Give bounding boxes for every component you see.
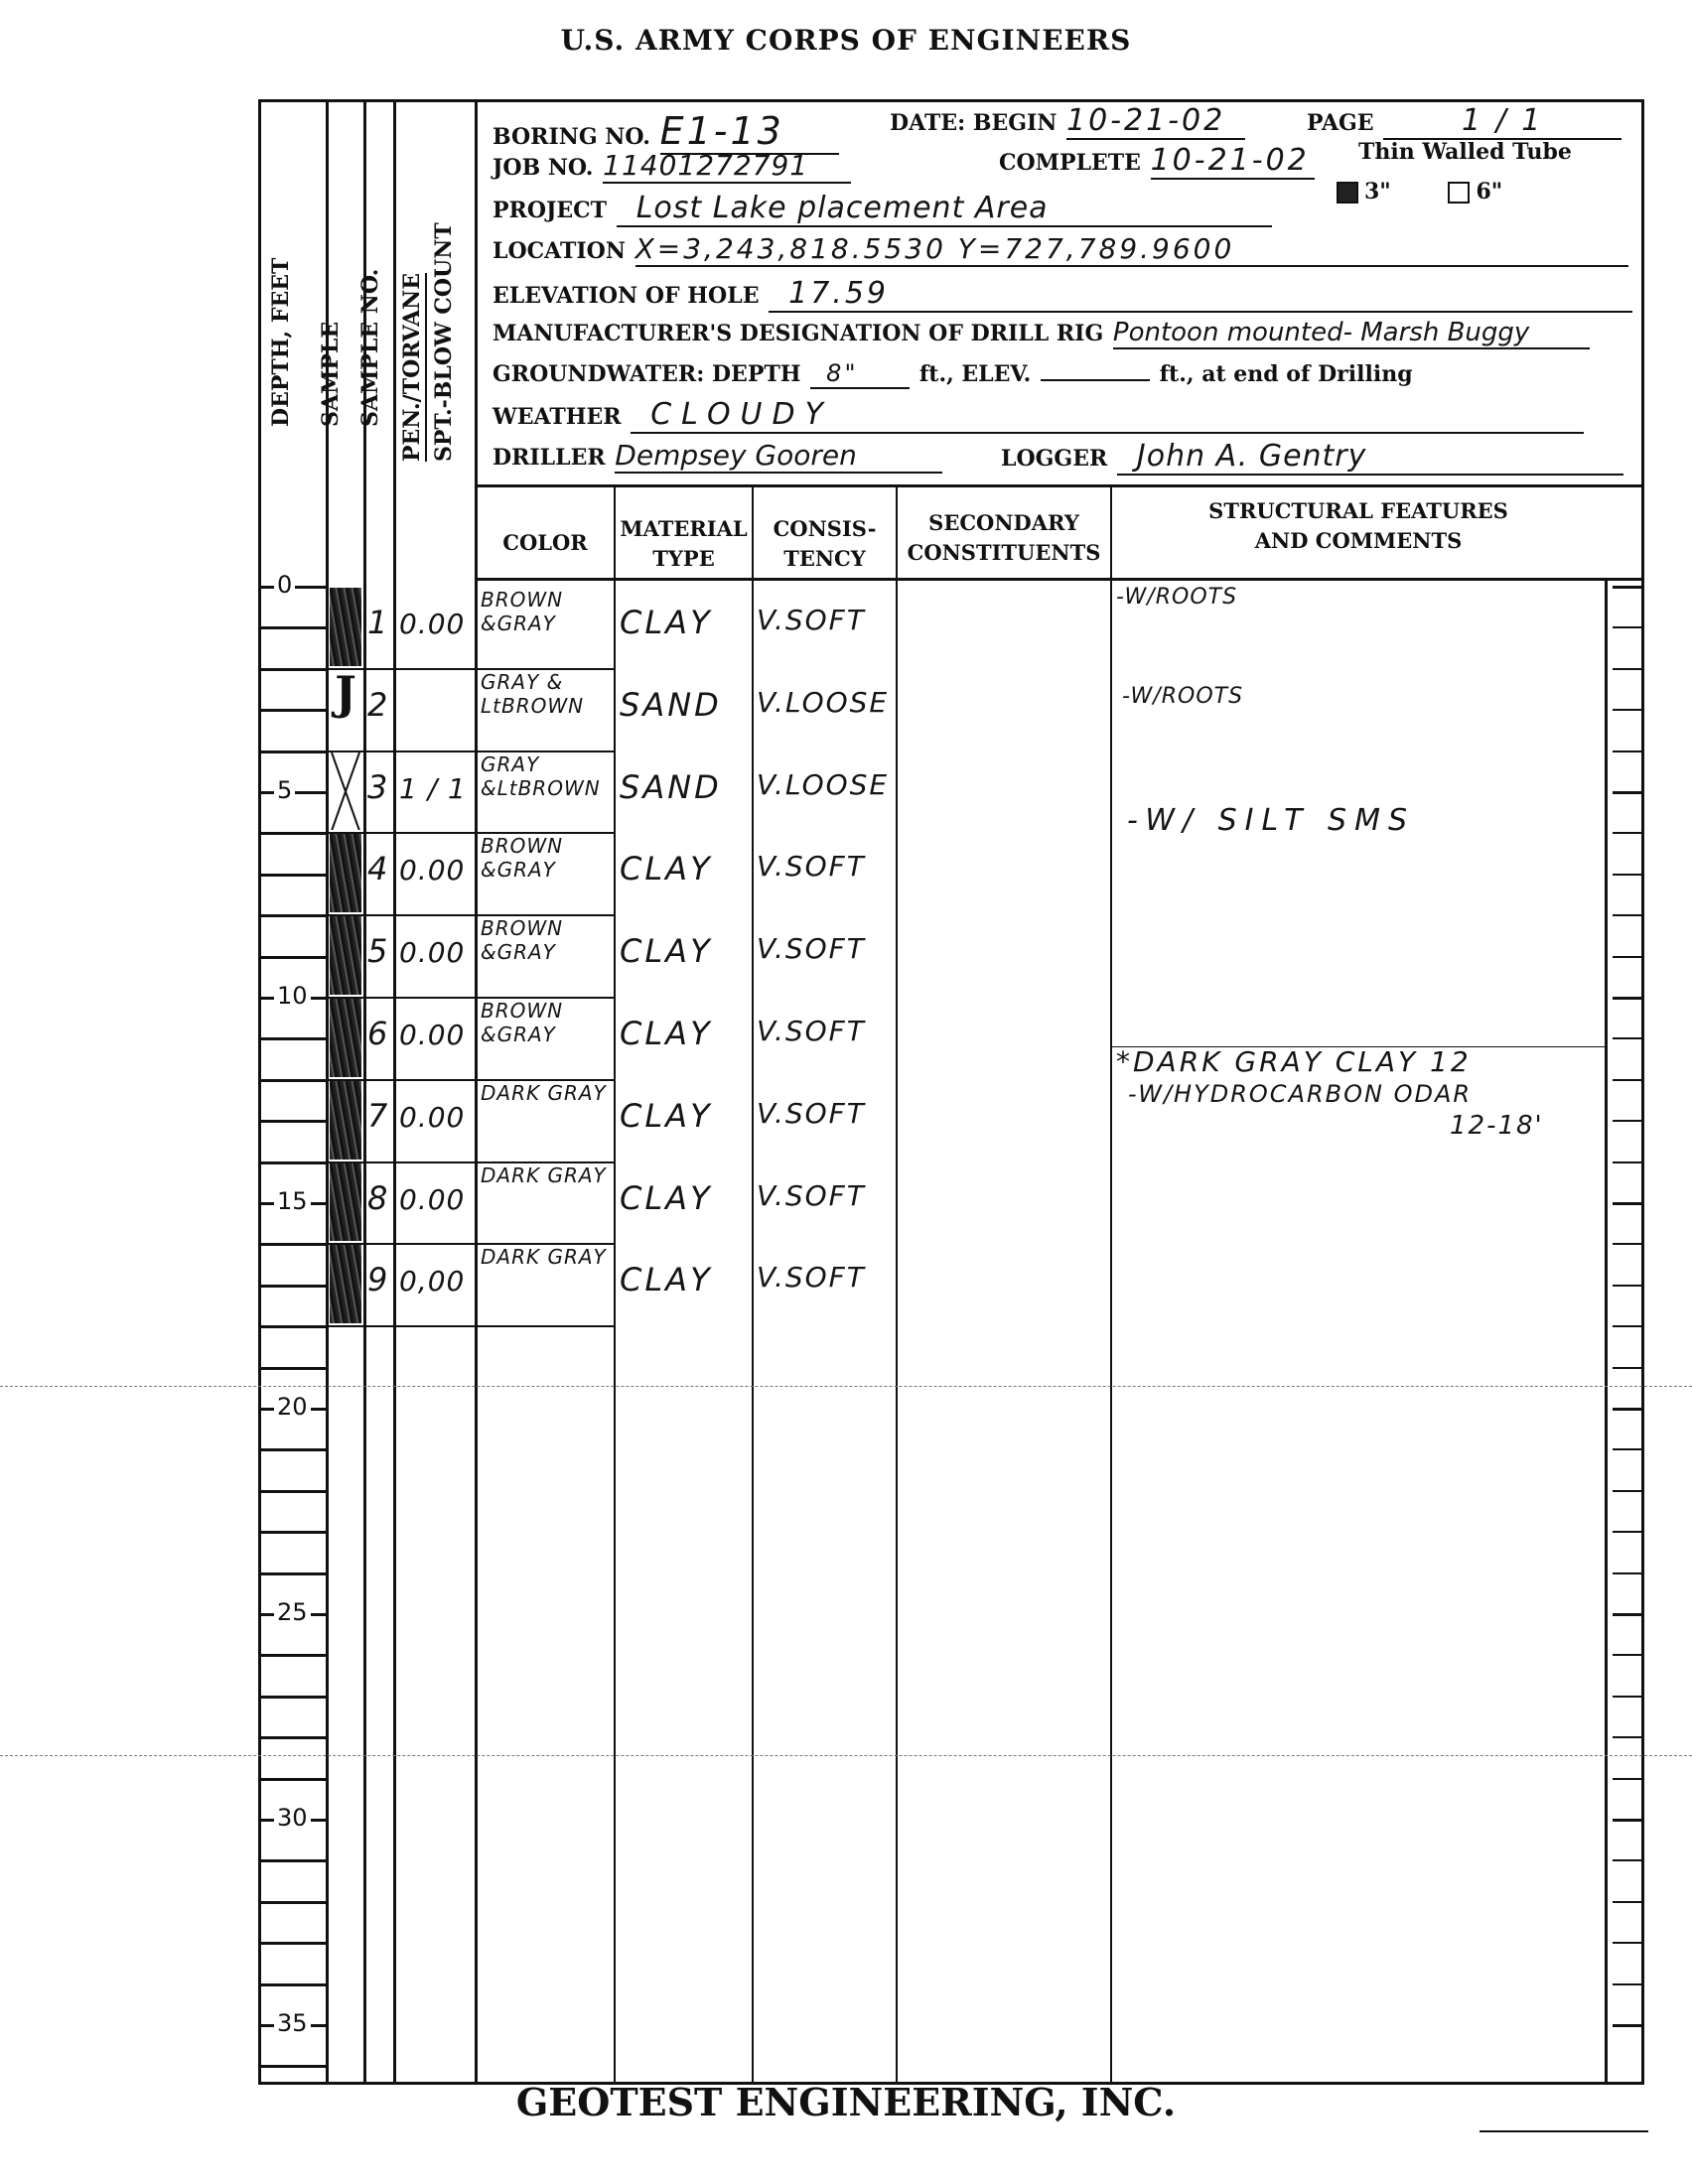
column-header-spt-blow-count: SPT.-BLOW COUNT — [431, 222, 457, 462]
page-label: PAGE — [1307, 110, 1374, 136]
depth-tick — [1613, 1325, 1644, 1327]
drill-rig-value[interactable]: Pontoon mounted- Marsh Buggy — [1113, 318, 1590, 349]
depth-label: 0 — [274, 571, 295, 599]
tube-sample-icon — [330, 1081, 361, 1160]
split-spoon-sample-icon — [330, 752, 361, 831]
sample-number: 4 — [367, 850, 387, 887]
color-value: BROWN &GRAY — [481, 834, 610, 882]
table-row: 90,00DARK GRAYCLAYV.SOFT — [326, 1243, 1110, 1325]
page-title: U.S. ARMY CORPS OF ENGINEERS — [0, 24, 1692, 57]
depth-label: 25 — [274, 1598, 311, 1626]
header-form: BORING NO. E1-13 DATE: BEGIN 10-21-02 PA… — [493, 103, 1644, 480]
depth-tick — [1613, 1942, 1644, 1944]
depth-tick — [1613, 1285, 1644, 1287]
date-complete-label: COMPLETE — [999, 150, 1141, 176]
depth-tick — [1613, 1408, 1644, 1411]
depth-tick — [1613, 626, 1644, 628]
table-row: 70.00DARK GRAYCLAYV.SOFT — [326, 1079, 1110, 1161]
depth-tick — [260, 832, 326, 835]
table-row: 60.00BROWN &GRAYCLAYV.SOFT — [326, 997, 1110, 1079]
depth-tick — [1613, 914, 1644, 916]
elevation-value[interactable]: 17.59 — [769, 276, 1632, 313]
depth-tick — [1613, 2024, 1644, 2027]
divider — [475, 484, 1644, 487]
location-value[interactable]: X=3,243,818.5530 Y=727,789.9600 — [635, 232, 1628, 267]
depth-tick — [1613, 832, 1644, 834]
depth-tick — [1613, 668, 1644, 670]
depth-tick — [1613, 1448, 1644, 1450]
checkbox-empty-icon[interactable] — [1448, 182, 1470, 204]
company-footer: GEOTEST ENGINEERING, INC. — [0, 2080, 1692, 2124]
consistency-value: V.SOFT — [757, 1097, 866, 1130]
material-type-value: CLAY — [620, 1097, 713, 1135]
divider — [1605, 578, 1608, 2085]
depth-tick — [1613, 874, 1644, 876]
driller-value[interactable]: Dempsey Gooren — [615, 439, 942, 474]
sample-number: 3 — [367, 768, 387, 806]
consistency-value: V.SOFT — [757, 1179, 866, 1212]
table-row: 40.00BROWN &GRAYCLAYV.SOFT — [326, 832, 1110, 914]
table-row: 80.00DARK GRAYCLAYV.SOFT — [326, 1161, 1110, 1244]
tube-sample-icon — [330, 916, 361, 995]
color-value: BROWN &GRAY — [481, 588, 610, 635]
depth-tick — [1613, 1490, 1644, 1492]
color-value: BROWN &GRAY — [481, 916, 610, 964]
comment-roots-2: -W/ROOTS — [1122, 685, 1243, 709]
driller-label: DRILLER — [493, 445, 606, 471]
groundwater-label: GROUNDWATER: DEPTH — [493, 361, 801, 387]
depth-tick — [260, 1325, 326, 1328]
column-header-pen-torvane: PEN./TORVANE — [399, 273, 427, 462]
consistency-value: V.SOFT — [757, 1261, 866, 1294]
job-no-label: JOB NO. — [493, 155, 593, 181]
depth-label: 35 — [274, 2009, 311, 2037]
sample-number: 8 — [367, 1179, 387, 1217]
material-type-value: SAND — [620, 686, 722, 724]
depth-tick — [1613, 1120, 1644, 1122]
column-header-pen-spt: PEN./TORVANE SPT.-BLOW COUNT — [397, 179, 473, 467]
sample-number: 6 — [367, 1015, 387, 1052]
page-value[interactable]: 1 / 1 — [1383, 103, 1621, 140]
driller-field: DRILLER Dempsey Gooren — [493, 439, 942, 474]
divider — [475, 578, 1644, 581]
depth-tick — [260, 1490, 326, 1493]
pen-value: 0,00 — [399, 1265, 465, 1297]
depth-tick — [260, 1285, 326, 1288]
date-complete-field: COMPLETE 10-21-02 — [999, 143, 1315, 180]
depth-tick — [1613, 751, 1644, 752]
weather-field: WEATHER CLOUDY — [493, 397, 1584, 434]
consistency-value: V.LOOSE — [757, 768, 889, 801]
column-header-color: COLOR — [477, 528, 614, 558]
date-begin-field: DATE: BEGIN 10-21-02 — [890, 103, 1245, 140]
depth-tick — [1613, 1161, 1644, 1163]
groundwater-depth-value[interactable]: 8" — [810, 359, 910, 389]
color-value: DARK GRAY — [481, 1245, 610, 1269]
depth-tick — [260, 1901, 326, 1904]
depth-tick — [260, 1942, 326, 1945]
sample-number: 9 — [367, 1261, 387, 1298]
column-header-sample: SAMPLE — [318, 322, 344, 427]
weather-value[interactable]: CLOUDY — [631, 397, 1584, 434]
drill-rig-label: MANUFACTURER'S DESIGNATION OF DRILL RIG — [493, 321, 1103, 346]
depth-tick — [260, 1859, 326, 1862]
tube-size-options: 3" 6" — [1337, 179, 1502, 205]
depth-tick — [1613, 1736, 1644, 1738]
checkbox-checked-icon[interactable] — [1337, 182, 1358, 204]
depth-tick — [260, 914, 326, 917]
column-header-secondary-constituents: SECONDARY CONSTITUENTS — [898, 508, 1110, 568]
color-value: GRAY & LtBROWN — [481, 670, 610, 718]
job-no-field: JOB NO. 11401272791 — [493, 149, 851, 184]
consistency-value: V.SOFT — [757, 932, 866, 965]
table-row: 31 / 1GRAY &LtBROWNSANDV.LOOSE — [326, 751, 1110, 833]
elevation-label: ELEVATION OF HOLE — [493, 283, 759, 309]
depth-tick — [1613, 1531, 1644, 1533]
project-value[interactable]: Lost Lake placement Area — [617, 191, 1272, 227]
material-type-value: CLAY — [620, 850, 713, 887]
depth-tick — [260, 1736, 326, 1739]
depth-tick — [1613, 586, 1644, 589]
column-header-material-type: MATERIAL TYPE — [616, 514, 752, 574]
tube-sample-icon — [330, 1163, 361, 1242]
depth-tick — [1613, 1778, 1644, 1780]
comment-depth-range: 12-18' — [1450, 1114, 1544, 1138]
comment-hydrocarbon-odor: -W/HYDROCARBON ODAR — [1128, 1082, 1472, 1106]
depth-tick — [1613, 1983, 1644, 1985]
sample-number: 5 — [367, 932, 387, 970]
tube-6in-option[interactable]: 6" — [1448, 179, 1502, 205]
color-value: DARK GRAY — [481, 1081, 610, 1105]
depth-tick — [260, 1079, 326, 1082]
sample-number: 2 — [367, 686, 387, 724]
pen-value: 0.00 — [399, 1019, 465, 1051]
tube-3in-option[interactable]: 3" — [1337, 179, 1391, 205]
depth-tick — [1613, 1696, 1644, 1698]
depth-tick — [1613, 791, 1644, 794]
depth-tick — [260, 626, 326, 629]
depth-tick — [260, 1367, 326, 1370]
consistency-value: V.SOFT — [757, 1015, 866, 1047]
column-header-sample-no: SAMPLE NO. — [357, 269, 383, 427]
table-row: 10.00BROWN &GRAYCLAYV.SOFT — [326, 586, 1110, 668]
depth-tick — [1613, 1243, 1644, 1245]
depth-tick — [260, 1531, 326, 1534]
date-begin-value[interactable]: 10-21-02 — [1066, 103, 1245, 140]
depth-tick — [1613, 1202, 1644, 1205]
column-header-structural-features: STRUCTURAL FEATURES AND COMMENTS — [1112, 496, 1605, 556]
tube-sample-icon — [330, 834, 361, 912]
depth-tick — [1613, 1613, 1644, 1616]
comment-silt-seams: -W/ SILT SMS — [1127, 809, 1415, 833]
sample-number: 7 — [367, 1097, 387, 1135]
scan-artifact-line — [0, 1755, 1692, 1756]
consistency-value: V.SOFT — [757, 604, 866, 636]
depth-tick — [260, 1448, 326, 1451]
material-type-value: CLAY — [620, 1015, 713, 1052]
pen-value: 0.00 — [399, 936, 465, 969]
tube-sample-icon — [330, 999, 361, 1077]
scan-artifact-line — [0, 1386, 1692, 1387]
depth-tick — [260, 668, 326, 671]
material-type-value: SAND — [620, 768, 722, 806]
location-field: LOCATION X=3,243,818.5530 Y=727,789.9600 — [493, 232, 1628, 267]
depth-tick — [260, 1120, 326, 1123]
depth-tick — [260, 1654, 326, 1657]
depth-label: 20 — [274, 1393, 311, 1421]
color-value: GRAY &LtBROWN — [481, 752, 610, 800]
depth-tick — [260, 874, 326, 877]
depth-tick — [260, 1983, 326, 1986]
weather-label: WEATHER — [493, 404, 622, 430]
material-type-value: CLAY — [620, 932, 713, 970]
tube-label: Thin Walled Tube — [1358, 139, 1572, 165]
depth-tick — [1613, 1037, 1644, 1039]
comment-dark-gray-clay: *DARK GRAY CLAY 12 — [1116, 1050, 1472, 1074]
project-field: PROJECT Lost Lake placement Area — [493, 191, 1272, 227]
depth-tick — [260, 709, 326, 712]
tube-sample-icon — [330, 588, 361, 666]
depth-tick — [260, 2065, 326, 2068]
depth-tick — [1613, 1819, 1644, 1822]
depth-tick — [260, 1572, 326, 1575]
depth-tick — [260, 1696, 326, 1699]
pen-value: 1 / 1 — [399, 772, 467, 805]
depth-tick — [1613, 1654, 1644, 1656]
tube-sample-icon — [330, 1245, 361, 1323]
depth-tick — [1613, 709, 1644, 711]
depth-tick — [260, 1243, 326, 1246]
pen-value: 0.00 — [399, 1101, 465, 1134]
depth-tick — [1613, 1572, 1644, 1574]
page-field: PAGE 1 / 1 — [1307, 103, 1621, 140]
groundwater-field: GROUNDWATER: DEPTH 8" ft., ELEV. ft., at… — [493, 357, 1413, 389]
comment-roots-1: -W/ROOTS — [1116, 586, 1237, 610]
depth-tick — [260, 1037, 326, 1040]
depth-tick — [1613, 1079, 1644, 1081]
depth-tick — [260, 1778, 326, 1781]
depth-label: 5 — [274, 776, 295, 804]
material-type-value: CLAY — [620, 1179, 713, 1217]
divider — [1480, 2130, 1648, 2132]
table-row: 50.00BROWN &GRAYCLAYV.SOFT — [326, 914, 1110, 997]
groundwater-elev-label: ft., ELEV. — [919, 361, 1032, 387]
consistency-value: V.LOOSE — [757, 686, 889, 719]
drill-rig-field: MANUFACTURER'S DESIGNATION OF DRILL RIG … — [493, 318, 1590, 349]
color-value: BROWN &GRAY — [481, 999, 610, 1046]
groundwater-elev-value[interactable] — [1041, 357, 1150, 381]
job-no-value[interactable]: 11401272791 — [603, 149, 851, 184]
depth-tick — [260, 1161, 326, 1164]
pen-value: 0.00 — [399, 608, 465, 640]
depth-tick — [1613, 956, 1644, 958]
color-value: DARK GRAY — [481, 1163, 610, 1187]
table-row: J2GRAY & LtBROWNSANDV.LOOSE — [326, 668, 1110, 751]
pen-value: 0.00 — [399, 1183, 465, 1216]
logger-value[interactable]: John A. Gentry — [1117, 439, 1623, 476]
depth-label: 30 — [274, 1804, 311, 1832]
pen-value: 0.00 — [399, 854, 465, 887]
column-header-consistency: CONSIS- TENCY — [754, 514, 896, 574]
divider — [1110, 484, 1112, 2085]
depth-tick — [1613, 1367, 1644, 1369]
depth-tick — [1613, 997, 1644, 1000]
boring-no-label: BORING NO. — [493, 124, 650, 150]
material-type-value: CLAY — [620, 1261, 713, 1298]
date-complete-value[interactable]: 10-21-02 — [1151, 143, 1315, 180]
logger-field: LOGGER John A. Gentry — [1001, 439, 1623, 476]
jar-sample-icon: J — [330, 670, 361, 749]
consistency-value: V.SOFT — [757, 850, 866, 883]
depth-tick — [260, 956, 326, 959]
logger-label: LOGGER — [1001, 446, 1107, 472]
material-type-value: CLAY — [620, 604, 713, 641]
depth-tick — [260, 751, 326, 753]
groundwater-end-label: ft., at end of Drilling — [1160, 361, 1413, 387]
depth-label: 15 — [274, 1187, 311, 1215]
sample-number: 1 — [367, 604, 387, 641]
location-label: LOCATION — [493, 238, 626, 264]
depth-label: 10 — [274, 982, 311, 1010]
date-begin-label: DATE: BEGIN — [890, 110, 1057, 136]
column-header-depth: DEPTH, FEET — [268, 258, 294, 427]
depth-tick — [1613, 1901, 1644, 1903]
project-label: PROJECT — [493, 198, 607, 223]
depth-tick — [1613, 1859, 1644, 1861]
elevation-field: ELEVATION OF HOLE 17.59 — [493, 276, 1632, 313]
divider — [326, 1325, 475, 1327]
